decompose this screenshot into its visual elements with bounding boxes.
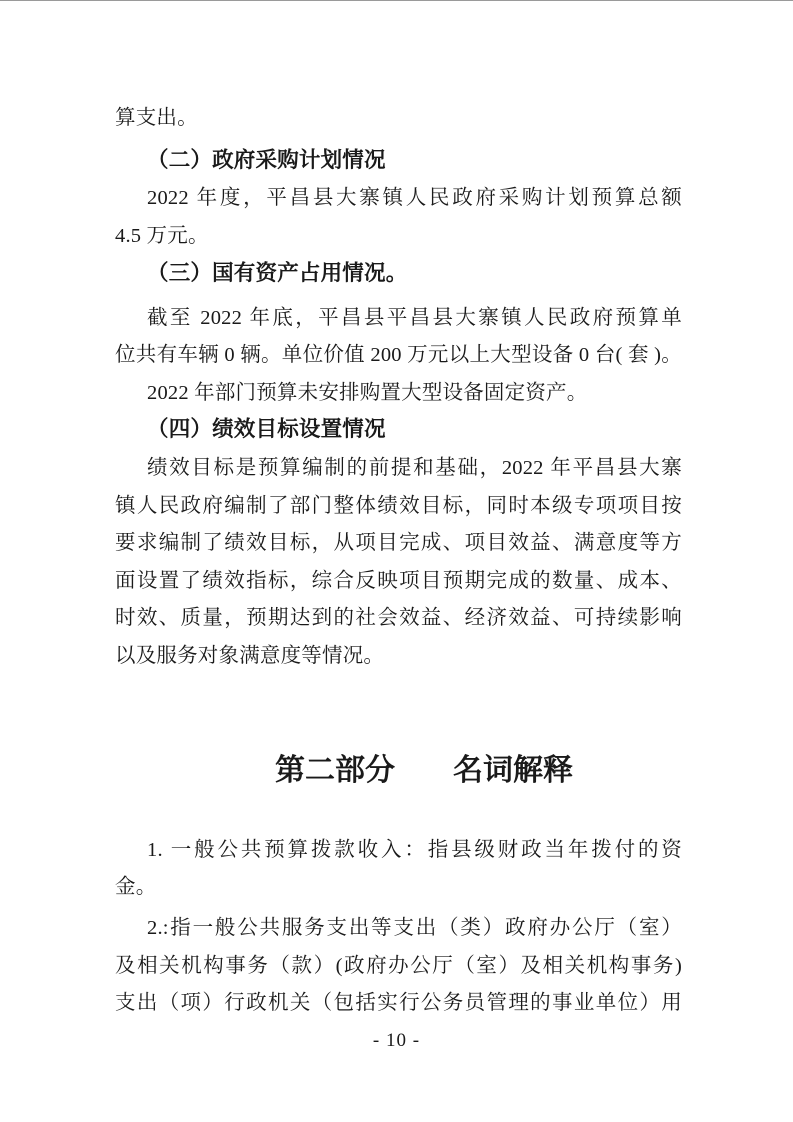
paragraph-line: 要求编制了绩效目标，从项目完成、项目效益、满意度等方	[115, 530, 682, 559]
glossary-line: 金。	[115, 874, 682, 903]
paragraph-line: 2022 年部门预算未安排购置大型设备固定资产。	[115, 380, 682, 409]
glossary-line: 2.:指一般公共服务支出等支出（类）政府办公厅（室）	[115, 915, 682, 944]
paragraph-line: 位共有车辆 0 辆。单位价值 200 万元以上大型设备 0 台( 套 )。	[115, 342, 682, 371]
page-number: - 10 -	[0, 1030, 793, 1052]
paragraph-line: 算支出。	[115, 105, 682, 134]
section-heading-state-assets: （三）国有资产占用情况。	[115, 260, 682, 289]
paragraph-line: 4.5 万元。	[115, 223, 682, 252]
part-two-name: 名词解释	[453, 754, 573, 787]
document-page: 算支出。 （二）政府采购计划情况 2022 年度，平昌县大寨镇人民政府采购计划预…	[0, 0, 793, 1122]
paragraph-line: 以及服务对象满意度等情况。	[115, 643, 682, 672]
section-heading-government-procurement: （二）政府采购计划情况	[115, 147, 682, 176]
paragraph-line: 时效、质量，预期达到的社会效益、经济效益、可持续影响	[115, 605, 682, 634]
glossary-line: 及相关机构事务（款）(政府办公厅（室）及相关机构事务)	[115, 953, 682, 982]
glossary-line: 支出（项）行政机关（包括实行公务员管理的事业单位）用	[115, 990, 682, 1019]
paragraph-line: 截至 2022 年底，平昌县平昌县大寨镇人民政府预算单	[115, 305, 682, 334]
paragraph-line: 面设置了绩效指标，综合反映项目预期完成的数量、成本、	[115, 568, 682, 597]
paragraph-line: 绩效目标是预算编制的前提和基础，2022 年平昌县大寨	[115, 455, 682, 484]
paragraph-line: 镇人民政府编制了部门整体绩效目标，同时本级专项项目按	[115, 493, 682, 522]
paragraph-line: 2022 年度，平昌县大寨镇人民政府采购计划预算总额	[115, 185, 682, 214]
section-heading-performance-goals: （四）绩效目标设置情况	[115, 416, 682, 445]
part-two-label: 第二部分	[275, 754, 395, 787]
glossary-line: 1. 一般公共预算拨款收入：指县级财政当年拨付的资	[115, 837, 682, 866]
part-two-title: 第二部分名词解释	[275, 745, 573, 789]
